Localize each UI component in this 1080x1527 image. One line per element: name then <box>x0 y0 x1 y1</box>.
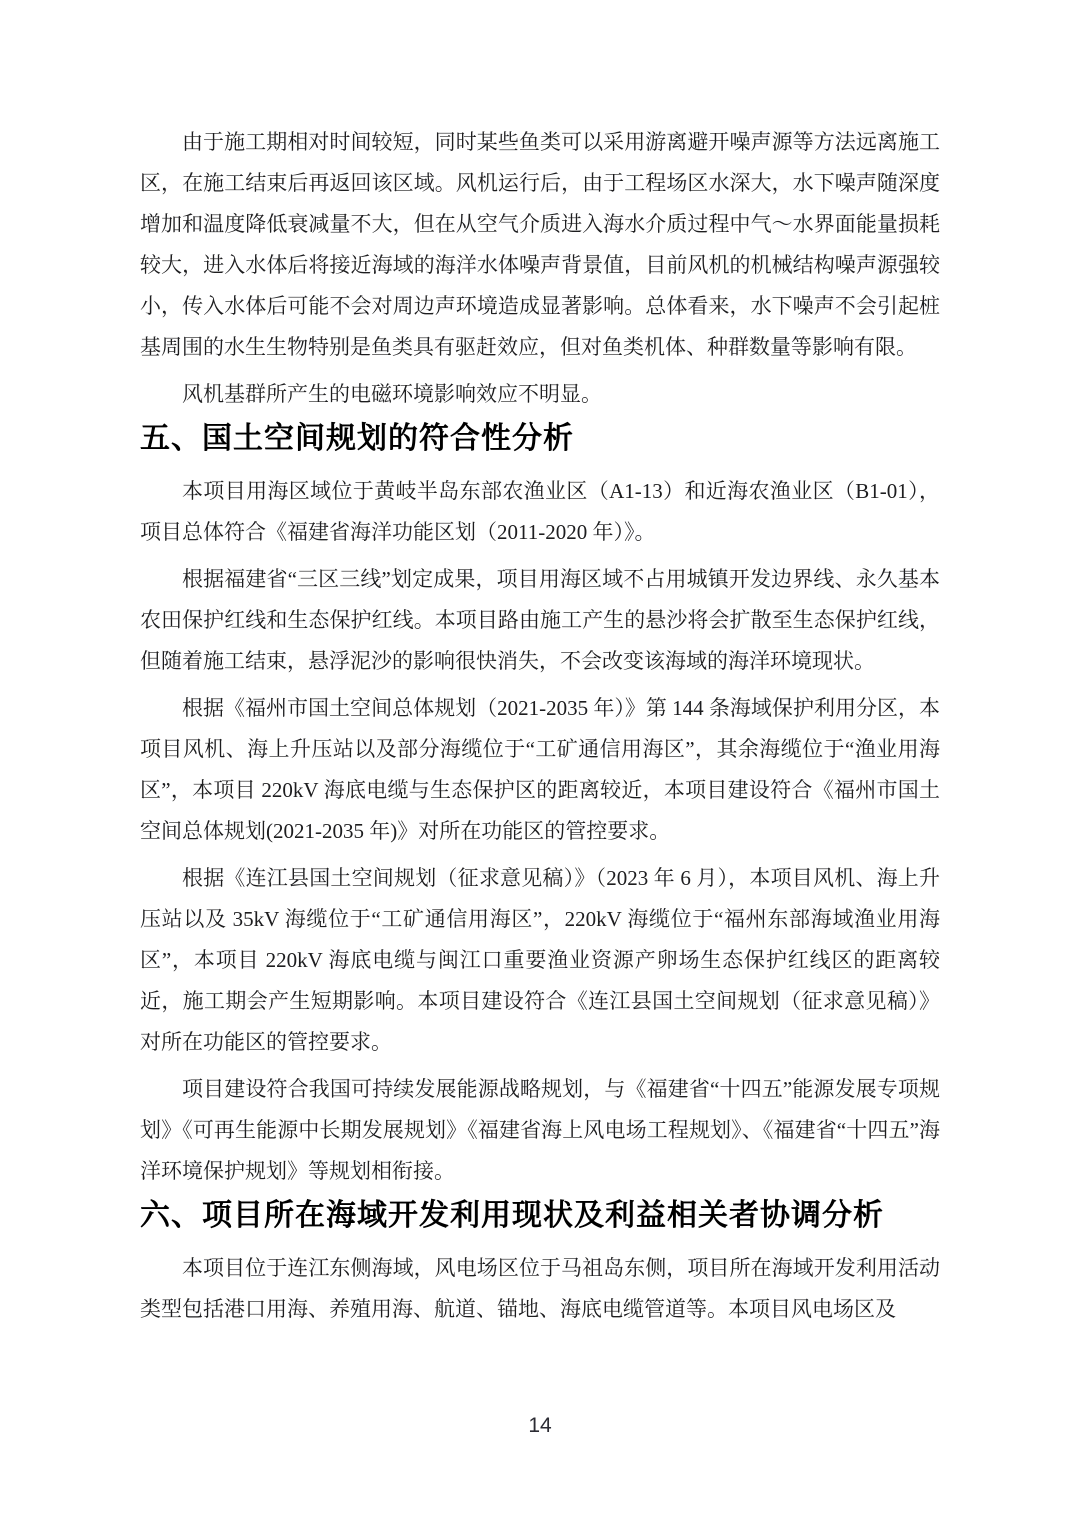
document-page: 由于施工期相对时间较短，同时某些鱼类可以采用游离避开噪声源等方法远离施工区，在施… <box>0 0 1080 1527</box>
body-paragraph-fuzhou-master-plan: 根据《福州市国土空间总体规划（2021-2035 年）》第 144 条海域保护利… <box>140 688 940 852</box>
body-paragraph-noise-impact: 由于施工期相对时间较短，同时某些鱼类可以采用游离避开噪声源等方法远离施工区，在施… <box>140 122 940 368</box>
section-heading-6: 六、项目所在海域开发利用现状及利益相关者协调分析 <box>140 1198 940 1234</box>
page-number: 14 <box>0 1414 1080 1438</box>
body-paragraph-three-zones-lines: 根据福建省“三区三线”划定成果，项目用海区域不占用城镇开发边界线、永久基本农田保… <box>140 559 940 682</box>
body-paragraph-lianjiang-plan: 根据《连江县国土空间规划（征求意见稿）》（2023 年 6 月），本项目风机、海… <box>140 858 940 1063</box>
body-paragraph-sea-use-status: 本项目位于连江东侧海域，风电场区位于马祖岛东侧，项目所在海域开发利用活动类型包括… <box>140 1248 940 1330</box>
body-paragraph-emf-impact: 风机基群所产生的电磁环境影响效应不明显。 <box>140 374 940 415</box>
body-paragraph-sea-area-zoning: 本项目用海区域位于黄岐半岛东部农渔业区（A1-13）和近海农渔业区（B1-01）… <box>140 471 940 553</box>
body-paragraph-energy-plans: 项目建设符合我国可持续发展能源战略规划，与《福建省“十四五”能源发展专项规划》《… <box>140 1069 940 1192</box>
section-heading-5: 五、国土空间规划的符合性分析 <box>140 421 940 457</box>
document-content: 由于施工期相对时间较短，同时某些鱼类可以采用游离避开噪声源等方法远离施工区，在施… <box>140 122 940 1336</box>
